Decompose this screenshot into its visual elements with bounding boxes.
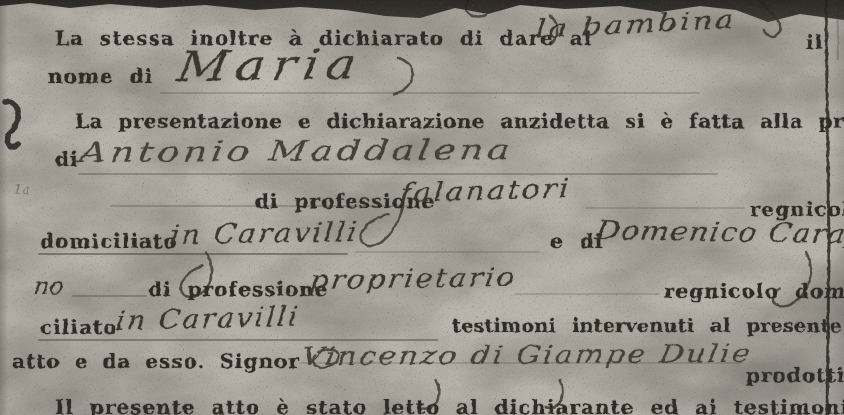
printed-regnicolo-1: regnicolo	[750, 197, 844, 221]
handwritten-child-gender: la bambina	[535, 4, 737, 44]
printed-presentation-line: La presentazione e dichiarazione anzidet…	[75, 109, 841, 133]
printed-regnicolo-domi: regnicolo domi	[664, 279, 844, 303]
printed-ciliato: ciliato	[40, 315, 118, 339]
handwritten-child-name: Maria	[174, 39, 367, 91]
handwritten-presenter-name: Vincenzo di Giampe Dulie	[300, 339, 755, 371]
margin-mark: 1a	[14, 183, 30, 198]
scanned-birth-record-page: La stessa inoltre à dichiarato di dare a…	[0, 0, 844, 415]
printed-di-professione-2: di professione	[148, 277, 328, 301]
handwritten-name-continuation: no	[32, 272, 66, 300]
handwritten-profession-2: proprietario	[308, 263, 518, 296]
printed-prodotti: prodotti.	[746, 363, 844, 387]
printed-di: di	[55, 147, 79, 171]
printed-nome-di: nome di	[48, 64, 153, 88]
printed-il: il	[806, 30, 823, 54]
printed-atto-e-da-esso-signor: atto e da esso. Signor	[12, 349, 300, 373]
handwritten-residence-1: in Caravilli	[168, 217, 360, 251]
printed-closing-line-cropped: Il presente atto è stato letto al dichia…	[55, 395, 843, 415]
handwritten-witness1-name: Antonio Maddalena	[78, 133, 516, 169]
printed-witnesses-clause: testimoni intervenuti al presente	[452, 315, 842, 337]
handwritten-witness2-name: Domenico Carafa	[593, 216, 844, 250]
handwritten-profession-1: falanatori	[398, 174, 572, 209]
handwritten-residence-2: in Caravilli	[114, 301, 301, 337]
printed-domiciliato: domiciliato	[40, 229, 178, 253]
record-text: La stessa inoltre à dichiarato di dare a…	[0, 0, 844, 415]
